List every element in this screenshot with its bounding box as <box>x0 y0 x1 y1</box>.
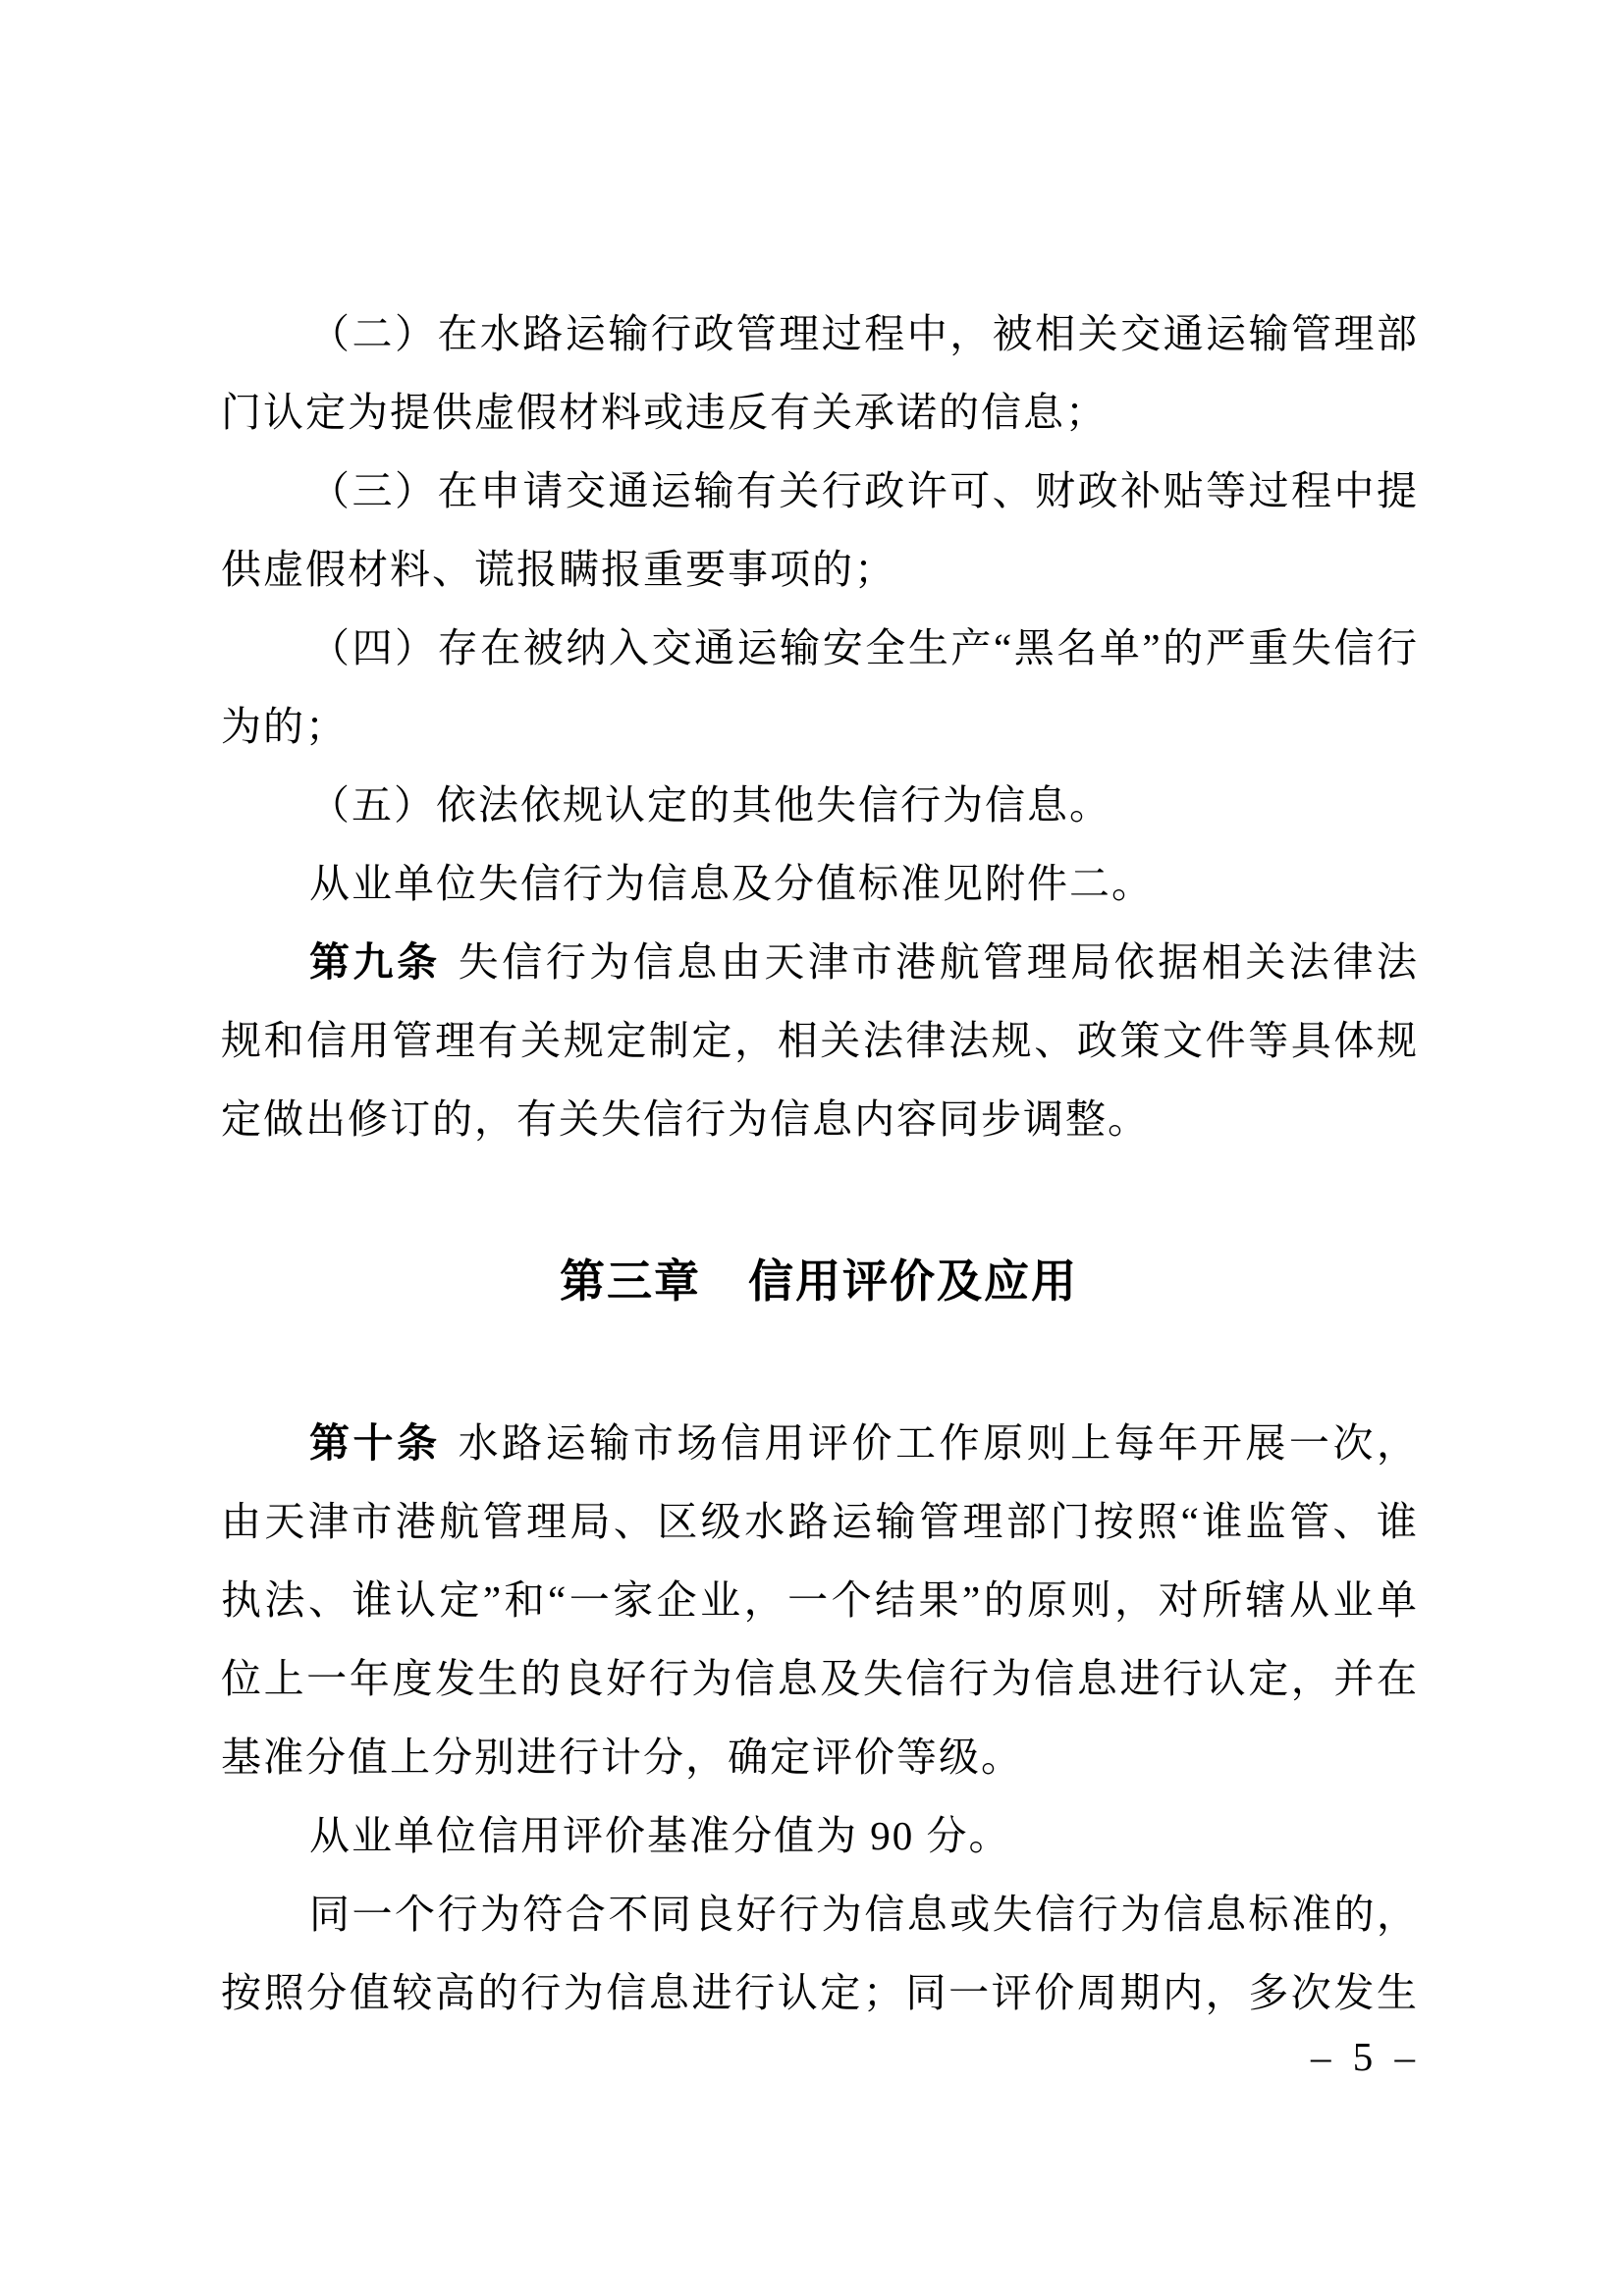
article-number: 第九条 <box>309 939 441 985</box>
article-number: 第十条 <box>309 1420 441 1466</box>
text-line: 门认定为提供虚假材料或违反有关承诺的信息； <box>221 373 1417 452</box>
page-number: – 5 – <box>1311 2017 1421 2096</box>
text-line: （四）存在被纳入交通运输安全生产“黑名单”的严重失信行 <box>221 609 1417 687</box>
text-line: （二）在水路运输行政管理过程中，被相关交通运输管理部 <box>221 294 1417 373</box>
text-line: 为的； <box>221 687 1417 766</box>
text-line: 定做出修订的，有关失信行为信息内容同步调整。 <box>221 1080 1417 1158</box>
text-line: 同一个行为符合不同良好行为信息或失信行为信息标准的， <box>221 1875 1417 1953</box>
line-text: 失信行为信息由天津市港航管理局依据相关法律法 <box>459 939 1417 985</box>
text-line: 第九条失信行为信息由天津市港航管理局依据相关法律法 <box>221 923 1417 1001</box>
page-content: （二）在水路运输行政管理过程中，被相关交通运输管理部 门认定为提供虚假材料或违反… <box>221 294 1417 2032</box>
text-line: 基准分值上分别进行计分，确定评价等级。 <box>221 1718 1417 1796</box>
text-line: 供虚假材料、谎报瞒报重要事项的； <box>221 530 1417 609</box>
chapter-heading: 第三章 信用评价及应用 <box>221 1242 1417 1320</box>
line-text: 水路运输市场信用评价工作原则上每年开展一次， <box>459 1420 1417 1466</box>
document-page: （二）在水路运输行政管理过程中，被相关交通运输管理部 门认定为提供虚假材料或违反… <box>0 0 1624 2296</box>
blank-line <box>221 1320 1417 1404</box>
text-line: 由天津市港航管理局、区级水路运输管理部门按照“谁监管、谁 <box>221 1482 1417 1561</box>
blank-line <box>221 1158 1417 1242</box>
text-line: 按照分值较高的行为信息进行认定；同一评价周期内，多次发生 <box>221 1953 1417 2032</box>
text-line: 从业单位失信行为信息及分值标准见附件二。 <box>221 844 1417 923</box>
text-line: （三）在申请交通运输有关行政许可、财政补贴等过程中提 <box>221 452 1417 530</box>
text-line: 执法、谁认定”和“一家企业，一个结果”的原则，对所辖从业单 <box>221 1561 1417 1639</box>
text-line: 位上一年度发生的良好行为信息及失信行为信息进行认定，并在 <box>221 1639 1417 1718</box>
text-line: 从业单位信用评价基准分值为 90 分。 <box>221 1796 1417 1875</box>
text-line: （五）依法依规认定的其他失信行为信息。 <box>221 766 1417 844</box>
text-line: 规和信用管理有关规定制定，相关法律法规、政策文件等具体规 <box>221 1001 1417 1080</box>
text-line: 第十条水路运输市场信用评价工作原则上每年开展一次， <box>221 1404 1417 1482</box>
